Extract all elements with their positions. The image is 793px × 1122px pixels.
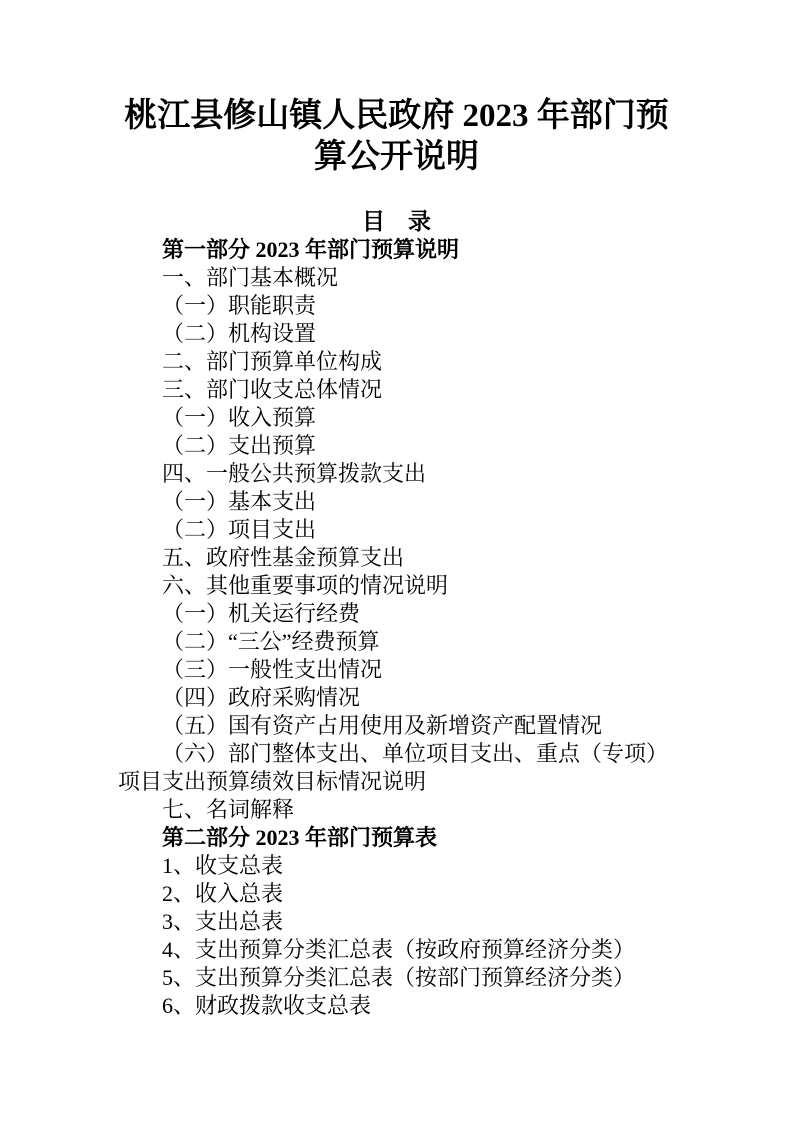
- toc-line: 六、其他重要事项的情况说明: [118, 572, 675, 600]
- toc-line: 一、部门基本概况: [118, 264, 675, 292]
- document-title: 桃江县修山镇人民政府 2023 年部门预 算公开说明: [118, 96, 675, 178]
- toc-line: （二）机构设置: [118, 320, 675, 348]
- toc-line: 二、部门预算单位构成: [118, 348, 675, 376]
- toc-line: （四）政府采购情况: [118, 684, 675, 712]
- toc-line: （一）基本支出: [118, 488, 675, 516]
- toc-line: 项目支出预算绩效目标情况说明: [118, 768, 675, 796]
- toc-line: 5、支出预算分类汇总表（按部门预算经济分类）: [118, 964, 675, 992]
- toc-line: （二）支出预算: [118, 432, 675, 460]
- title-line-2: 算公开说明: [118, 137, 675, 178]
- toc-heading: 目 录: [118, 208, 675, 236]
- toc-line: 七、名词解释: [118, 796, 675, 824]
- toc-line: 第一部分 2023 年部门预算说明: [118, 236, 675, 264]
- toc-line: （二）“三公”经费预算: [118, 628, 675, 656]
- toc-line: 6、财政拨款收支总表: [118, 992, 675, 1020]
- toc-line: （六）部门整体支出、单位项目支出、重点（专项）: [118, 740, 675, 768]
- toc-line: （二）项目支出: [118, 516, 675, 544]
- toc-line: 1、收支总表: [118, 852, 675, 880]
- toc-line: 四、一般公共预算拨款支出: [118, 460, 675, 488]
- toc-line: （一）职能职责: [118, 292, 675, 320]
- toc-line: 2、收入总表: [118, 880, 675, 908]
- toc-line: 第二部分 2023 年部门预算表: [118, 824, 675, 852]
- toc-line: 三、部门收支总体情况: [118, 376, 675, 404]
- document-page: 桃江县修山镇人民政府 2023 年部门预 算公开说明 目 录 第一部分 2023…: [0, 0, 793, 1122]
- toc-line: 3、支出总表: [118, 908, 675, 936]
- toc-line: （一）机关运行经费: [118, 600, 675, 628]
- toc-line: 4、支出预算分类汇总表（按政府预算经济分类）: [118, 936, 675, 964]
- toc-list: 第一部分 2023 年部门预算说明一、部门基本概况（一）职能职责（二）机构设置二…: [118, 236, 675, 1020]
- toc-line: 五、政府性基金预算支出: [118, 544, 675, 572]
- toc-line: （五）国有资产占用使用及新增资产配置情况: [118, 712, 675, 740]
- title-line-1: 桃江县修山镇人民政府 2023 年部门预: [118, 96, 675, 137]
- toc-line: （三）一般性支出情况: [118, 656, 675, 684]
- toc-line: （一）收入预算: [118, 404, 675, 432]
